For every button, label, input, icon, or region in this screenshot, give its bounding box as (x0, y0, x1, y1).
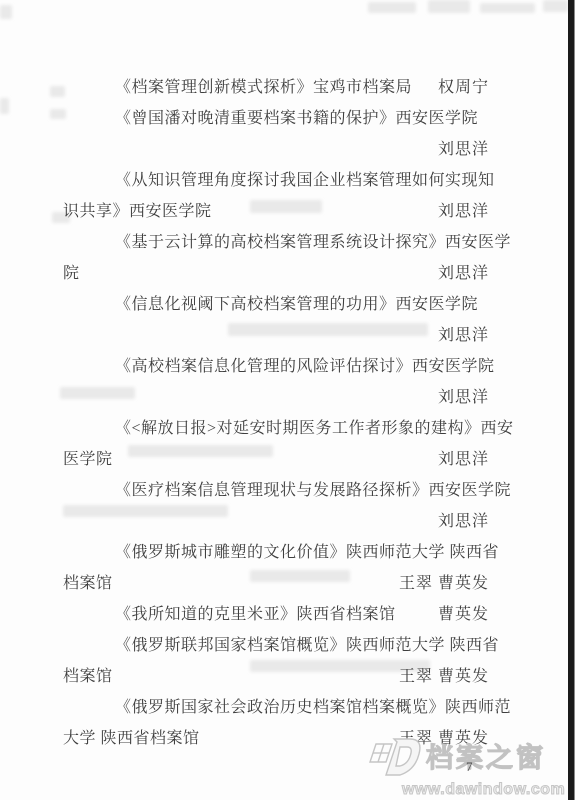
line-author: 刘思洋 (438, 382, 489, 413)
line-title-institution: 《俄罗斯城市雕塑的文化价值》陕西师范大学 陕西省 (63, 537, 499, 568)
publication-line: 刘思洋 (63, 506, 489, 537)
publication-line: 《信息化视阈下高校档案管理的功用》西安医学院 (63, 289, 489, 320)
scan-artifact (480, 3, 535, 13)
line-title-institution: 《曾国潘对晚清重要档案书籍的保护》西安医学院 (63, 103, 478, 134)
line-title-institution: 《档案管理创新模式探析》宝鸡市档案局 (63, 72, 412, 103)
line-author: 刘思洋 (438, 320, 489, 351)
line-title-institution: 《我所知道的克里米亚》陕西省档案馆 (63, 599, 396, 630)
publication-line: 《高校档案信息化管理的风险评估探讨》西安医学院 (63, 351, 489, 382)
dawindow-logo-icon (366, 736, 422, 780)
scan-artifact (0, 5, 12, 19)
publication-line: 档案馆 王翠 曹英发 (63, 661, 489, 692)
publication-line: 识共享》西安医学院 刘思洋 (63, 196, 489, 227)
line-author: 刘思洋 (438, 134, 489, 165)
scan-artifact (543, 0, 568, 12)
line-author: 王翠 曹英发 (399, 568, 489, 599)
line-author: 王翠 曹英发 (399, 661, 489, 692)
publication-line: 《俄罗斯国家社会政治历史档案馆档案概览》陕西师范 (63, 692, 489, 723)
scan-artifact (368, 2, 416, 13)
watermark-url-text: www.dawindow.com (402, 781, 572, 799)
publication-line: 《俄罗斯城市雕塑的文化价值》陕西师范大学 陕西省 (63, 537, 489, 568)
publication-line: 《俄罗斯联邦国家档案馆概览》陕西师范大学 陕西省 (63, 630, 489, 661)
line-author: 权周宁 (438, 72, 489, 103)
scan-artifact (0, 98, 9, 114)
publication-line: 刘思洋 (63, 382, 489, 413)
line-author: 刘思洋 (438, 506, 489, 537)
line-title-institution: 医学院 (63, 444, 113, 475)
line-author: 刘思洋 (438, 258, 489, 289)
publication-line: 《医疗档案信息管理现状与发展路径探析》西安医学院 (63, 475, 489, 506)
publication-line: 《<解放日报>对延安时期医务工作者形象的建构》西安 (63, 413, 489, 444)
line-author: 刘思洋 (438, 196, 489, 227)
publication-line: 《档案管理创新模式探析》宝鸡市档案局 权周宁 (63, 72, 489, 103)
line-title-institution: 档案馆 (63, 661, 113, 692)
line-title-institution: 院 (63, 258, 80, 289)
line-title-institution: 《信息化视阈下高校档案管理的功用》西安医学院 (63, 289, 478, 320)
line-title-institution: 识共享》西安医学院 (63, 196, 212, 227)
publication-line: 医学院 刘思洋 (63, 444, 489, 475)
publication-line: 刘思洋 (63, 134, 489, 165)
publication-line: 《从知识管理角度探讨我国企业档案管理如何实现知 (63, 165, 489, 196)
line-title-institution: 《高校档案信息化管理的风险评估探讨》西安医学院 (63, 351, 495, 382)
line-title-institution: 大学 陕西省档案馆 (63, 723, 200, 754)
publication-line: 《曾国潘对晚清重要档案书籍的保护》西安医学院 (63, 103, 489, 134)
line-title-institution: 《俄罗斯国家社会政治历史档案馆档案概览》陕西师范 (63, 692, 511, 723)
page-number: 7 (466, 759, 473, 775)
line-title-institution: 档案馆 (63, 568, 113, 599)
line-title-institution: 《医疗档案信息管理现状与发展路径探析》西安医学院 (63, 475, 511, 506)
publication-line: 刘思洋 (63, 320, 489, 351)
document-lines: 《档案管理创新模式探析》宝鸡市档案局 权周宁 《曾国潘对晚清重要档案书籍的保护》… (63, 72, 489, 754)
scan-artifact (428, 0, 470, 13)
publication-line: 《我所知道的克里米亚》陕西省档案馆 曹英发 (63, 599, 489, 630)
line-title-institution: 《俄罗斯联邦国家档案馆概览》陕西师范大学 陕西省 (63, 630, 499, 661)
publication-line: 《基于云计算的高校档案管理系统设计探究》西安医学 (63, 227, 489, 258)
line-title-institution: 《<解放日报>对延安时期医务工作者形象的建构》西安 (63, 413, 514, 444)
line-author: 曹英发 (438, 599, 489, 630)
publication-line: 院 刘思洋 (63, 258, 489, 289)
watermark-brand-text: 档案之窗 (426, 743, 546, 773)
line-author: 刘思洋 (438, 444, 489, 475)
line-title-institution: 《从知识管理角度探讨我国企业档案管理如何实现知 (63, 165, 495, 196)
publication-line: 档案馆 王翠 曹英发 (63, 568, 489, 599)
line-title-institution: 《基于云计算的高校档案管理系统设计探究》西安医学 (63, 227, 511, 258)
